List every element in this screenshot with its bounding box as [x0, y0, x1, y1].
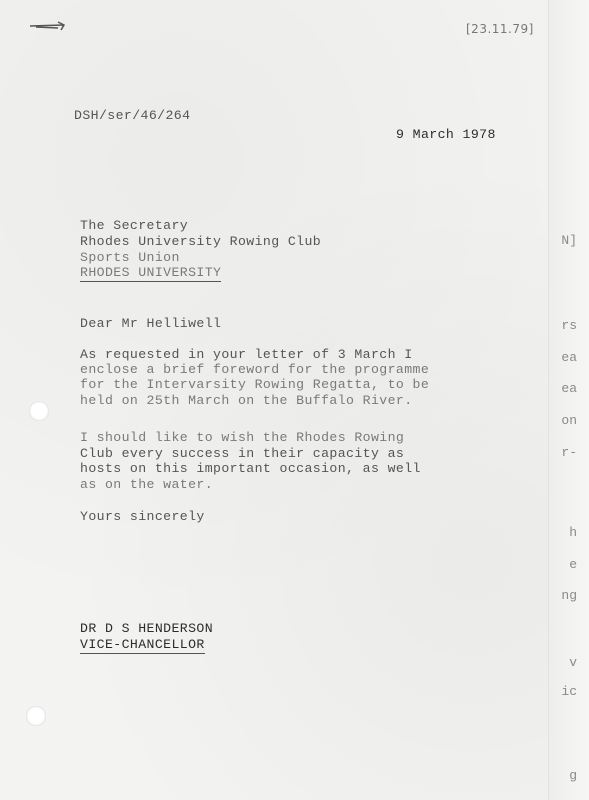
edge-fragment: ea	[561, 381, 577, 396]
edge-fragment: h	[569, 525, 577, 540]
archive-reference: [23.11.79]	[466, 22, 534, 36]
paragraph-1-line: held on 25th March on the Buffalo River.	[80, 393, 413, 408]
paragraph-2-line: as on the water.	[80, 477, 213, 492]
signatory-title: VICE-CHANCELLOR	[80, 637, 205, 654]
recipient-line-2: Rhodes University Rowing Club	[80, 234, 321, 249]
edge-fragment: N]	[561, 233, 577, 248]
signatory-name: DR D S HENDERSON	[80, 621, 213, 636]
letter-page: [23.11.79] DSH/ser/46/264 9 March 1978 T…	[0, 0, 589, 800]
punch-hole	[29, 401, 49, 421]
letter-date: 9 March 1978	[396, 127, 496, 142]
recipient-line-4: RHODES UNIVERSITY	[80, 265, 221, 282]
edge-fragment: ng	[561, 588, 577, 603]
edge-fragment: r-	[561, 445, 577, 460]
paragraph-2-line: hosts on this important occasion, as wel…	[80, 461, 421, 476]
recipient-line-1: The Secretary	[80, 218, 188, 233]
reference-number: DSH/ser/46/264	[74, 108, 190, 123]
paragraph-2-line: Club every success in their capacity as	[80, 446, 404, 461]
punch-hole	[26, 706, 46, 726]
closing: Yours sincerely	[80, 509, 205, 524]
paragraph-1-line: enclose a brief foreword for the program…	[80, 362, 429, 377]
edge-fragment: on	[561, 413, 577, 428]
adjacent-page-edge: N] rs ea ea on r- h e ng v ic g	[548, 0, 589, 800]
salutation: Dear Mr Helliwell	[80, 316, 221, 331]
edge-fragment: g	[569, 768, 577, 783]
edge-fragment: rs	[561, 318, 577, 333]
recipient-line-3: Sports Union	[80, 250, 180, 265]
pen-mark-icon	[28, 20, 68, 32]
paragraph-2-line: I should like to wish the Rhodes Rowing	[80, 430, 404, 445]
paragraph-1-line: for the Intervarsity Rowing Regatta, to …	[80, 377, 429, 392]
edge-fragment: e	[569, 557, 577, 572]
edge-fragment: ic	[561, 684, 577, 699]
edge-fragment: ea	[561, 350, 577, 365]
edge-fragment: v	[569, 655, 577, 670]
paragraph-1-line: As requested in your letter of 3 March I	[80, 347, 413, 362]
